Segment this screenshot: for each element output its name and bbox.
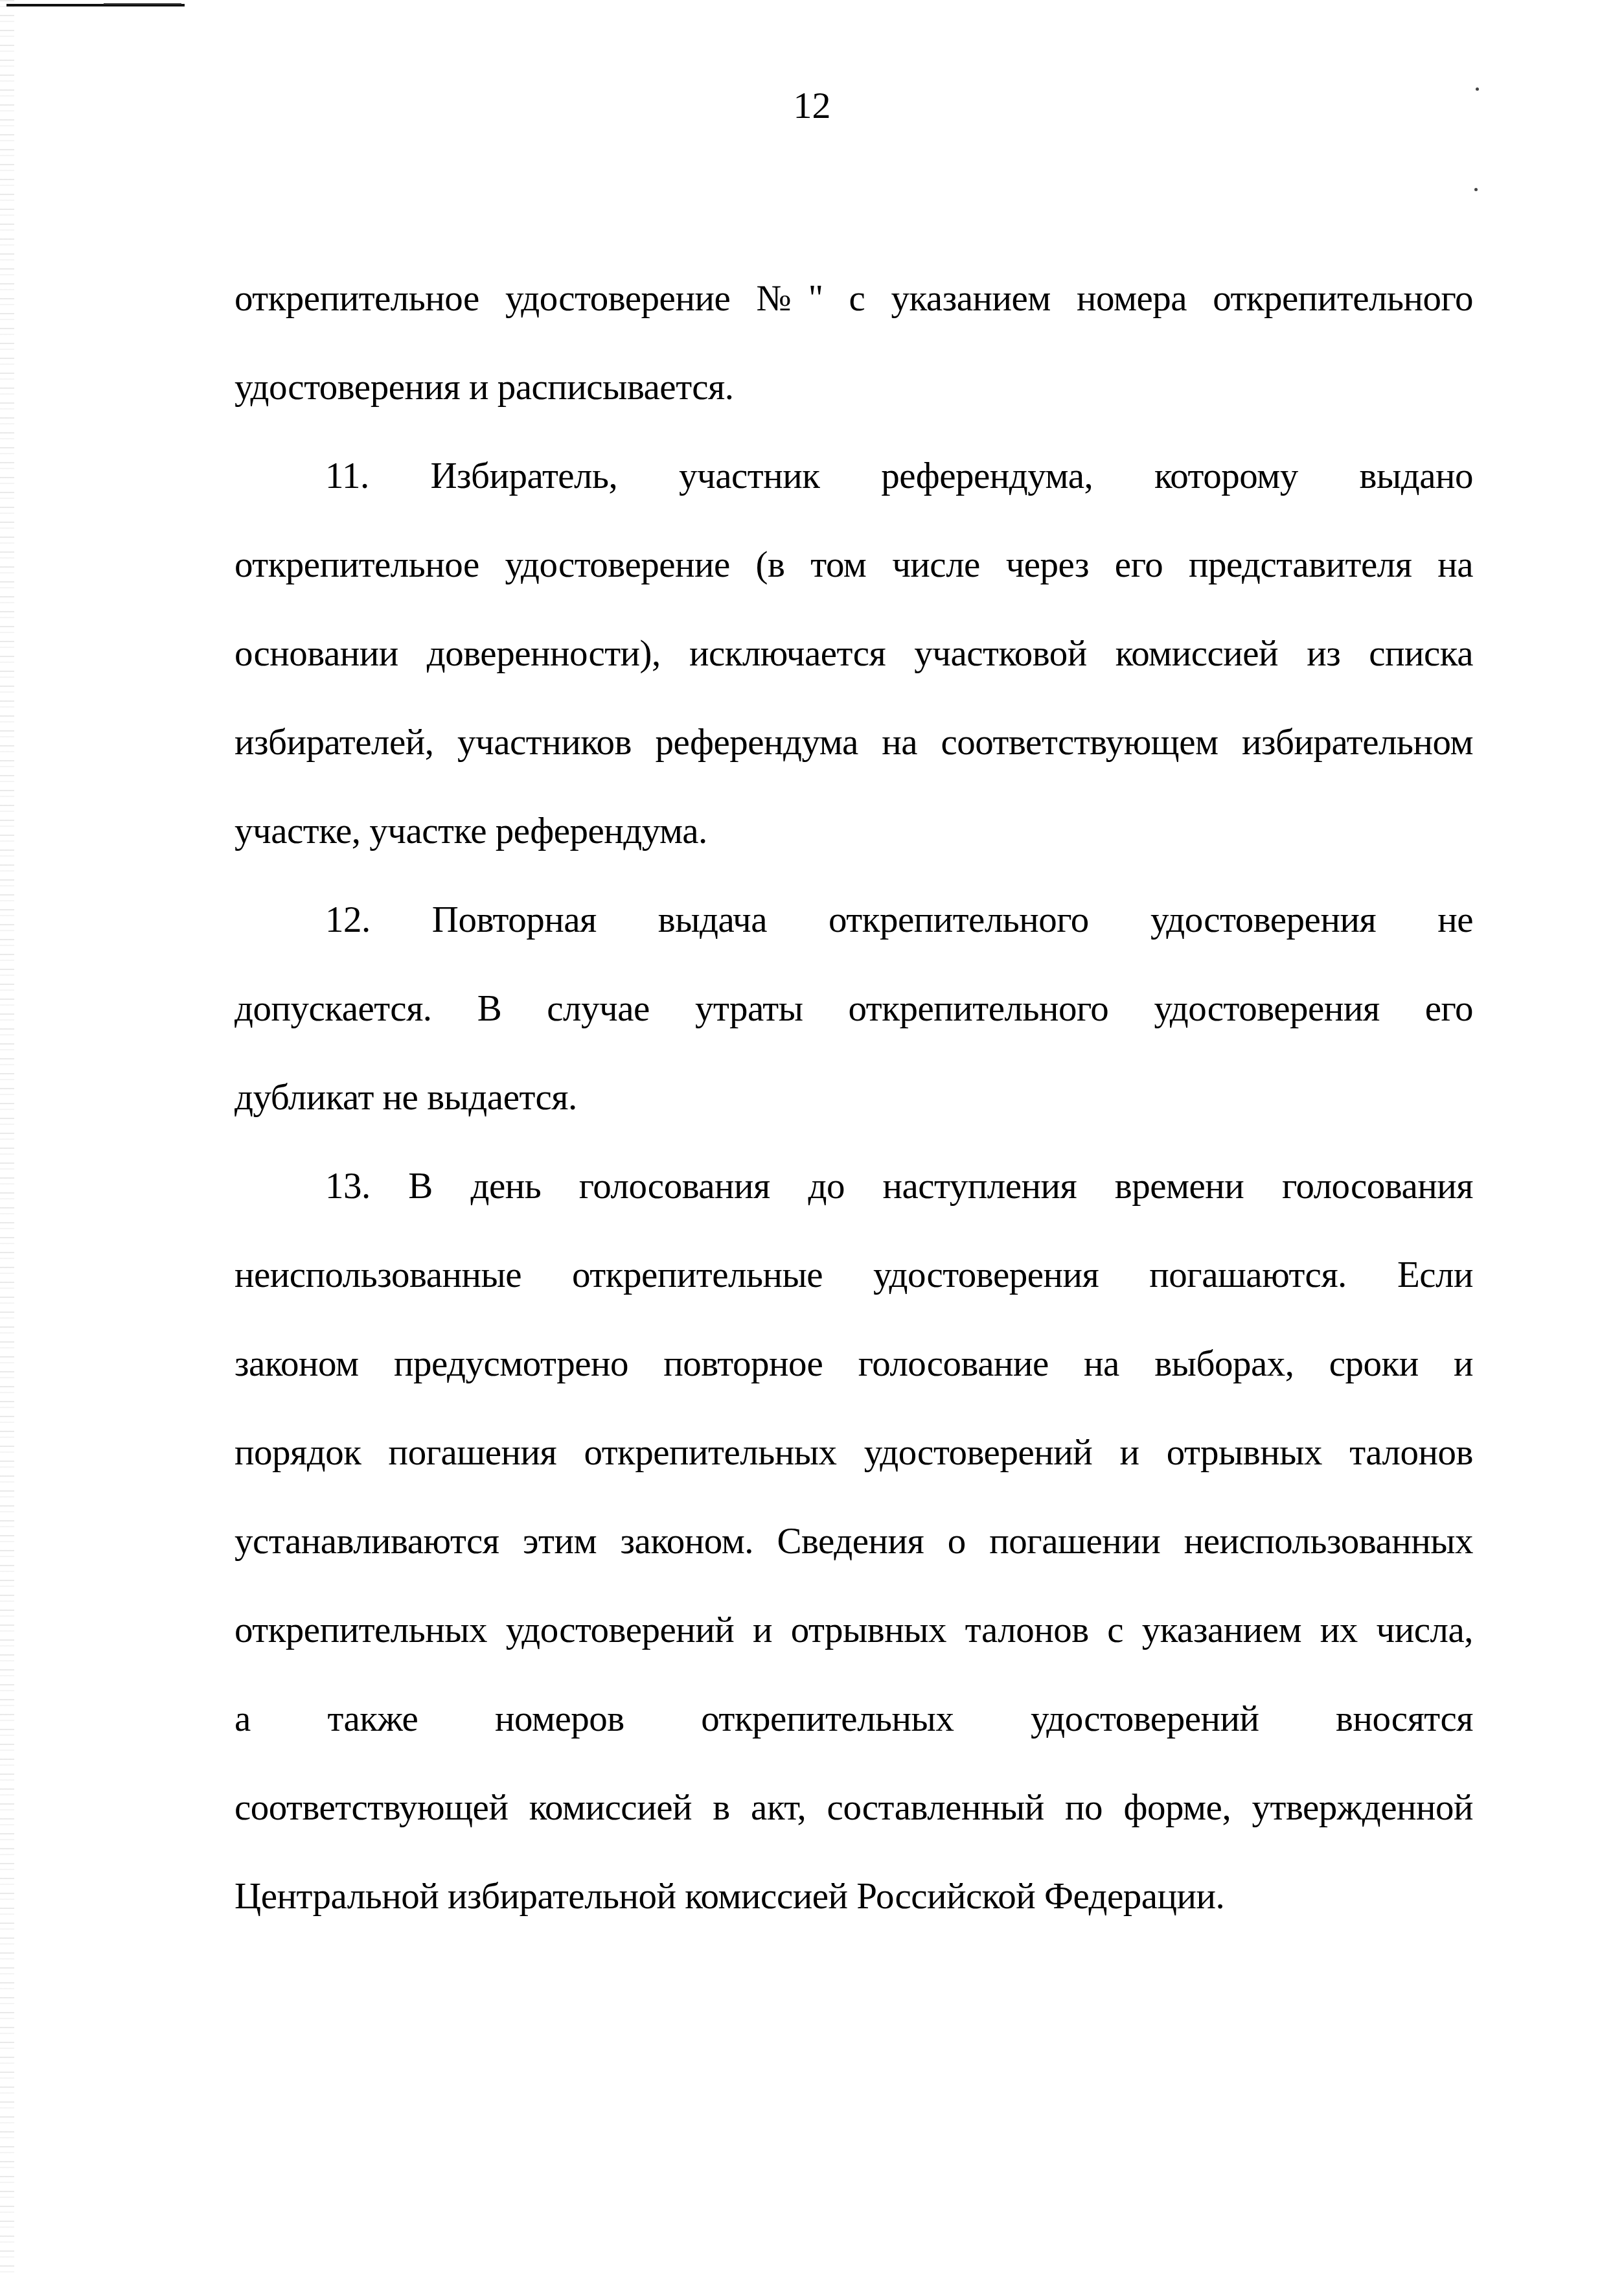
paragraph-12-start: 12. Повторная выдача открепительного удо…: [234, 875, 1473, 964]
paragraph-13-start: 13. В день голосования до наступления вр…: [234, 1142, 1473, 1231]
text-line: открепительных удостоверений и отрывных …: [234, 1586, 1473, 1674]
text-line: устанавливаются этим законом. Сведения о…: [234, 1497, 1473, 1586]
paragraph-11-start: 11. Избиратель, участник референдума, ко…: [234, 432, 1473, 520]
text-line: дубликат не выдается.: [234, 1053, 1473, 1142]
text-line: избирателей, участников референдума на с…: [234, 698, 1473, 787]
text-line: соответствующей комиссией в акт, составл…: [234, 1763, 1473, 1852]
page-number: 12: [0, 83, 1624, 128]
text-line: законом предусмотрено повторное голосова…: [234, 1319, 1473, 1408]
scan-speck: [1474, 188, 1478, 191]
text-line: основании доверенности), исключается уча…: [234, 609, 1473, 698]
scan-edge-artifact: [0, 0, 14, 2277]
text-line: а также номеров открепительных удостовер…: [234, 1674, 1473, 1763]
text-line: допускается. В случае утраты открепитель…: [234, 964, 1473, 1053]
text-line: открепительное удостоверение (в том числ…: [234, 520, 1473, 609]
text-line: удостоверения и расписывается.: [234, 343, 1473, 432]
text-line: Центральной избирательной комиссией Росс…: [234, 1852, 1473, 1941]
text-line: неиспользованные открепительные удостове…: [234, 1231, 1473, 1319]
text-line: порядок погашения открепительных удостов…: [234, 1408, 1473, 1497]
text-line: участке, участке референдума.: [234, 787, 1473, 875]
text-line: открепительное удостоверение №" с указан…: [234, 254, 1473, 343]
document-body: открепительное удостоверение №" с указан…: [234, 254, 1473, 1941]
scan-top-line: [104, 3, 181, 5]
